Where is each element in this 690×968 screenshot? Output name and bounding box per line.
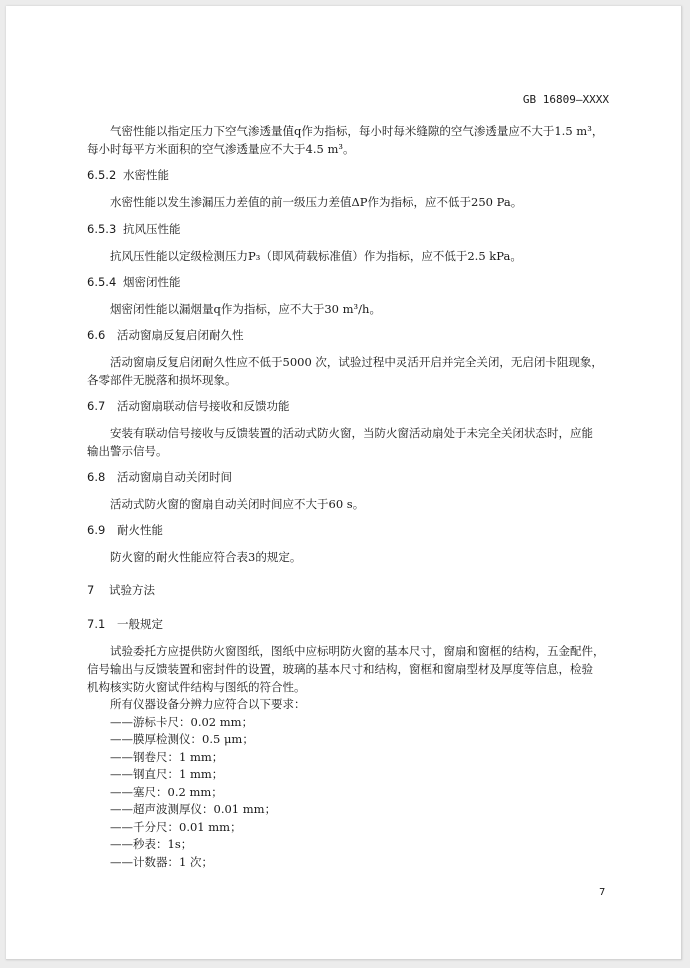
section-title: 活动窗扇联动信号接收和反馈功能 — [117, 399, 290, 413]
heading-7: 7试验方法 — [87, 582, 155, 598]
section-title: 烟密闭性能 — [123, 275, 181, 289]
paragraph-wind-pressure: 抗风压性能以定级检测压力P₃（即风荷载标准值）作为指标，应不低于2.5 kPa。 — [110, 248, 522, 264]
section-title: 试验方法 — [109, 583, 155, 597]
section-number: 6.9 — [87, 523, 117, 537]
page-number: 7 — [599, 887, 605, 898]
list-item-film-thickness-gauge: ——膜厚检测仪：0.5 μm； — [110, 731, 254, 747]
paragraph-watertight: 水密性能以发生渗漏压力差值的前一级压力差值ΔP作为指标，应不低于250 Pa。 — [110, 194, 522, 210]
section-title: 耐火性能 — [117, 523, 163, 537]
document-page: GB 16809—XXXX 气密性能以指定压力下空气渗透量值q作为指标，每小时每… — [6, 6, 682, 960]
paragraph-general-line-2: 信号输出与反馈装置和密封件的设置，玻璃的基本尺寸和结构，窗框和窗扇型材及厚度等信… — [87, 661, 593, 677]
list-item-vernier-caliper: ——游标卡尺：0.02 mm； — [110, 714, 253, 730]
section-title: 活动窗扇反复启闭耐久性 — [117, 328, 244, 342]
paragraph-durability-line-2: 各零部件无脱落和损坏现象。 — [87, 372, 237, 388]
section-number: 6.6 — [87, 328, 117, 342]
section-number: 6.7 — [87, 399, 117, 413]
paragraph-instrument-intro: 所有仪器设备分辨力应符合以下要求： — [110, 696, 306, 712]
paragraph-auto-close-time: 活动式防火窗的窗扇自动关闭时间应不大于60 s。 — [110, 496, 364, 512]
heading-6-5-4: 6.5.4烟密闭性能 — [87, 274, 181, 290]
section-number: 6.5.3 — [87, 222, 123, 236]
paragraph-airtight-line-1: 气密性能以指定压力下空气渗透量值q作为指标，每小时每米缝隙的空气渗透量应不大于1… — [110, 123, 603, 139]
list-item-ultrasonic-thickness-gauge: ——超声波测厚仪：0.01 mm； — [110, 801, 276, 817]
heading-6-6: 6.6活动窗扇反复启闭耐久性 — [87, 327, 244, 343]
heading-6-5-2: 6.5.2水密性能 — [87, 167, 169, 183]
list-item-feeler-gauge: ——塞尺：0.2 mm； — [110, 784, 223, 800]
heading-6-9: 6.9耐火性能 — [87, 522, 163, 538]
section-title: 抗风压性能 — [123, 222, 181, 236]
list-item-micrometer: ——千分尺：0.01 mm； — [110, 819, 242, 835]
heading-6-7: 6.7活动窗扇联动信号接收和反馈功能 — [87, 398, 290, 414]
paragraph-signal-line-2: 输出警示信号。 — [87, 443, 168, 459]
list-item-steel-tape: ——钢卷尺：1 mm； — [110, 749, 223, 765]
paragraph-general-line-1: 试验委托方应提供防火窗图纸，图纸中应标明防火窗的基本尺寸，窗扇和窗框的结构，五金… — [110, 643, 605, 659]
section-number: 6.8 — [87, 470, 117, 484]
list-item-counter: ——计数器：1 次； — [110, 854, 213, 870]
heading-6-5-3: 6.5.3抗风压性能 — [87, 221, 181, 237]
standard-code-header: GB 16809—XXXX — [523, 93, 609, 106]
paragraph-signal-line-1: 安装有联动信号接收与反馈装置的活动式防火窗，当防火窗活动扇处于未完全关闭状态时，… — [110, 425, 593, 441]
section-title: 水密性能 — [123, 168, 169, 182]
paragraph-smoke-tightness: 烟密闭性能以漏烟量q作为指标，应不大于30 m³/h。 — [110, 301, 381, 317]
heading-6-8: 6.8活动窗扇自动关闭时间 — [87, 469, 232, 485]
paragraph-general-line-3: 机构核实防火窗试件结构与图纸的符合性。 — [87, 679, 306, 695]
list-item-steel-ruler: ——钢直尺：1 mm； — [110, 766, 223, 782]
section-number: 6.5.4 — [87, 275, 123, 289]
section-title: 一般规定 — [117, 617, 163, 631]
section-number: 6.5.2 — [87, 168, 123, 182]
section-number: 7 — [87, 583, 109, 597]
paragraph-airtight-line-2: 每小时每平方米面积的空气渗透量应不大于4.5 m³。 — [87, 141, 354, 157]
paragraph-durability-line-1: 活动窗扇反复启闭耐久性应不低于5000 次，试验过程中灵活开启并完全关闭，无启闭… — [110, 354, 603, 370]
section-number: 7.1 — [87, 617, 117, 631]
section-title: 活动窗扇自动关闭时间 — [117, 470, 232, 484]
heading-7-1: 7.1一般规定 — [87, 616, 163, 632]
list-item-stopwatch: ——秒表：1s； — [110, 836, 192, 852]
paragraph-fire-resistance: 防火窗的耐火性能应符合表3的规定。 — [110, 549, 301, 565]
